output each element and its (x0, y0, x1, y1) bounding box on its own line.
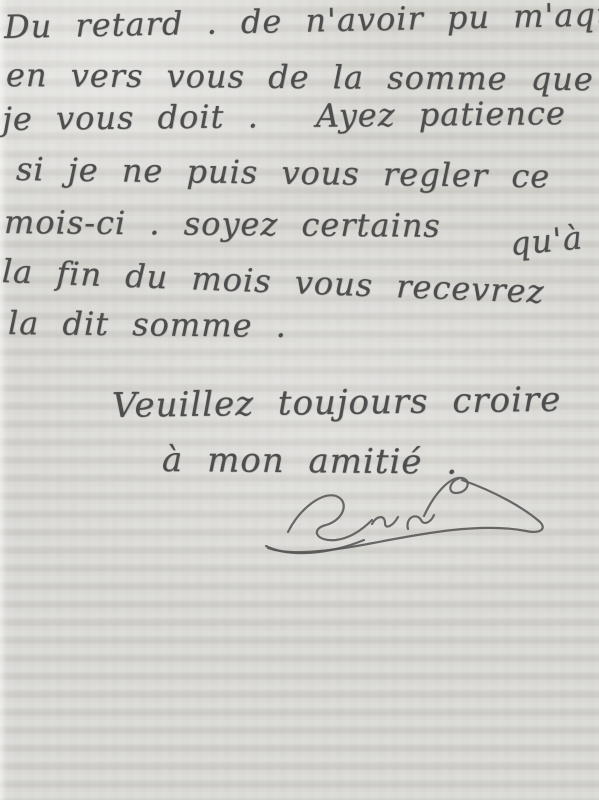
letter-page: Du retard . de n'avoir pu m'aquitte en v… (0, 0, 599, 800)
letter-line-5-tail: qu'à (508, 218, 584, 263)
letter-line-6: la fin du mois vous recevrez (1, 252, 545, 311)
letter-line-3: je vous doit . Ayez patience (2, 94, 566, 138)
closing-line-1: Veuillez toujours croire (112, 380, 562, 426)
letter-line-4: si je ne puis vous regler ce (16, 150, 551, 195)
letter-line-3-tail: Ayez patience (316, 94, 566, 135)
letter-line-7: la dit somme . (8, 304, 287, 345)
letter-line-5: mois-ci . soyez certains qu'à (4, 203, 583, 246)
signature-flourish (252, 468, 568, 566)
letter-line-2: en vers vous de la somme que (6, 56, 594, 98)
letter-line-5-text: mois-ci . soyez certains (4, 203, 441, 245)
letter-line-3-text: je vous doit . (2, 97, 259, 138)
letter-line-1: Du retard . de n'avoir pu m'aquitte (4, 0, 599, 46)
